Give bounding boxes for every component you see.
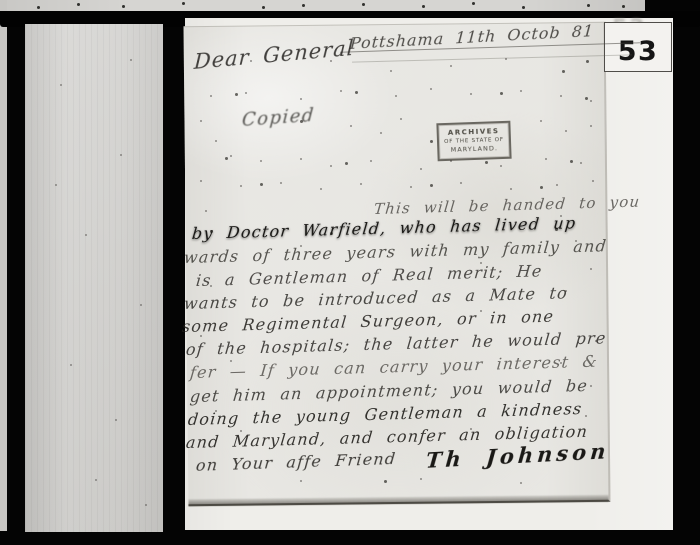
archives-stamp: ARCHIVES OF THE STATE OF MARYLAND. xyxy=(436,121,511,162)
page-number-card: 53 xyxy=(604,22,672,72)
stamp-line-3: MARYLAND. xyxy=(439,144,509,155)
page-number: 53 xyxy=(618,36,659,67)
film-edge-sliver xyxy=(0,0,7,531)
speckle-layer xyxy=(7,0,10,3)
speckle-layer xyxy=(0,0,3,3)
speckle-layer xyxy=(25,24,27,26)
film-top-band xyxy=(7,0,645,11)
blank-film-strip xyxy=(25,24,163,532)
microfilm-scan: 53 53 ARCHIVES OF THE STATE OF MARYLAND.… xyxy=(0,0,700,545)
